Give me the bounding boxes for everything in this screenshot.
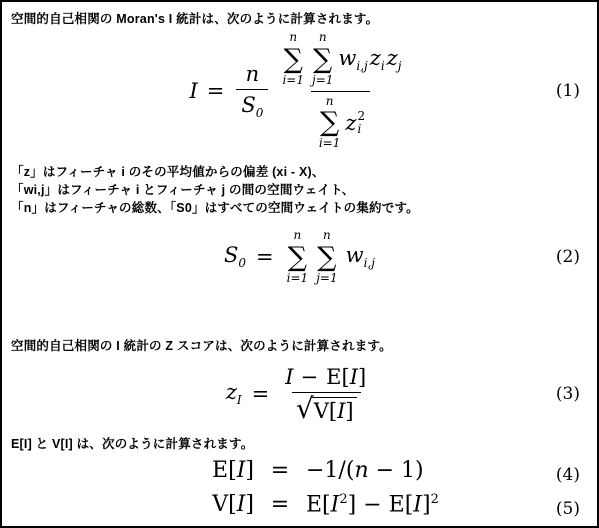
eq1-coef-denominator: S0: [241, 93, 263, 120]
summation-j: n ∑ j=1: [316, 229, 337, 286]
equation-1-number: (1): [556, 81, 580, 101]
eq5-equals: =: [254, 492, 306, 517]
eq3-lhs: zI: [226, 380, 242, 407]
summation-i: n ∑ i=1: [287, 229, 309, 286]
eq3-equals: =: [252, 382, 270, 406]
equation-1: I = n S0 n ∑ i=1 n ∑ j=1: [11, 38, 588, 144]
sigma-icon: ∑: [320, 108, 339, 137]
eq1-denominator: n ∑ i=1 z2i: [311, 91, 370, 152]
equation-2: S0 = n ∑ i=1 n ∑ j=1 wi,j (2): [11, 226, 588, 288]
equation-5: V[I] = E[I2] − E[I]2 (5): [11, 492, 588, 526]
equation-1-body: I = n S0 n ∑ i=1 n ∑ j=1: [190, 31, 410, 151]
equation-3: zI = I − E[I] √ V[I] (3): [11, 362, 588, 426]
equation-4-number: (4): [556, 465, 580, 485]
eq3-denominator: √ V[I]: [292, 392, 361, 424]
equation-4: E[I] = −1/(n − 1) (4): [11, 458, 588, 492]
zscore-text: 空間的自己相関の I 統計の Z スコアは、次のように計算されます。: [11, 337, 588, 355]
document-page: 空間的自己相関の Moran's I 統計は、次のように計算されます。 I = …: [0, 0, 599, 528]
summation-j: n ∑ j=1: [312, 31, 333, 88]
z-squared-term: z2i: [345, 110, 365, 136]
eq4-rhs: −1/(n − 1): [306, 458, 588, 483]
eq2-equals: =: [256, 245, 274, 269]
eq5-rhs: E[I2] − E[I]2: [306, 492, 588, 517]
eq1-main-fraction: n ∑ i=1 n ∑ j=1 wi,j zi zj n: [274, 31, 406, 151]
eq4-equals: =: [254, 458, 306, 483]
eq1-lhs: I: [190, 79, 198, 103]
eq3-numerator: I − E[I]: [281, 365, 371, 392]
eq1-equals: =: [207, 79, 225, 103]
sigma-icon: ∑: [288, 243, 307, 272]
summation-i: n ∑ i=1: [319, 95, 341, 152]
equation-3-body: zI = I − E[I] √ V[I]: [225, 365, 374, 424]
ev-text: E[I] と V[I] は、次のように計算されます。: [11, 435, 588, 453]
eq1-coefficient-fraction: n S0: [236, 62, 268, 120]
minus-sign: −: [301, 365, 319, 389]
intro-text: 空間的自己相関の Moran's I 統計は、次のように計算されます。: [11, 10, 588, 28]
description-line-3: 「n」はフィーチャの総数、「S0」はすべての空間ウェイトの集約です。: [11, 199, 588, 217]
description-line-2: 「wi,j」はフィーチャ i とフィーチャ j の間の空間ウェイト、: [11, 181, 588, 199]
equation-array: E[I] = −1/(n − 1) (4) V[I] = E[I2] − E[I…: [11, 458, 588, 526]
eq3-radicand: V[I]: [312, 397, 357, 423]
equation-2-body: S0 = n ∑ i=1 n ∑ j=1 wi,j: [223, 229, 376, 286]
z-i-term: zi: [370, 46, 385, 73]
sigma-icon: ∑: [284, 45, 303, 74]
summation-i: n ∑ i=1: [282, 31, 304, 88]
eq1-coef-numerator: n: [246, 62, 260, 86]
weight-term: wi,j: [338, 46, 367, 73]
equation-3-number: (3): [556, 384, 580, 404]
equation-2-number: (2): [556, 247, 580, 267]
eq3-fraction: I − E[I] √ V[I]: [281, 365, 371, 424]
sigma-icon: ∑: [317, 243, 336, 272]
description-line-1: 「z」はフィーチャ i のその平均値からの偏差 (xi - X)、: [11, 163, 588, 181]
sigma-icon: ∑: [313, 45, 332, 74]
eq5-lhs: V[I]: [11, 492, 254, 517]
weight-term: wi,j: [346, 243, 375, 270]
radical-icon: √: [296, 395, 314, 423]
eq4-lhs: E[I]: [11, 458, 254, 483]
eq2-lhs: S0: [224, 243, 246, 270]
z-j-term: zj: [387, 46, 402, 73]
equation-5-number: (5): [556, 499, 580, 519]
eq1-numerator: n ∑ i=1 n ∑ j=1 wi,j zi zj: [274, 31, 406, 91]
variable-description: 「z」はフィーチャ i のその平均値からの偏差 (xi - X)、 「wi,j」…: [11, 163, 588, 217]
